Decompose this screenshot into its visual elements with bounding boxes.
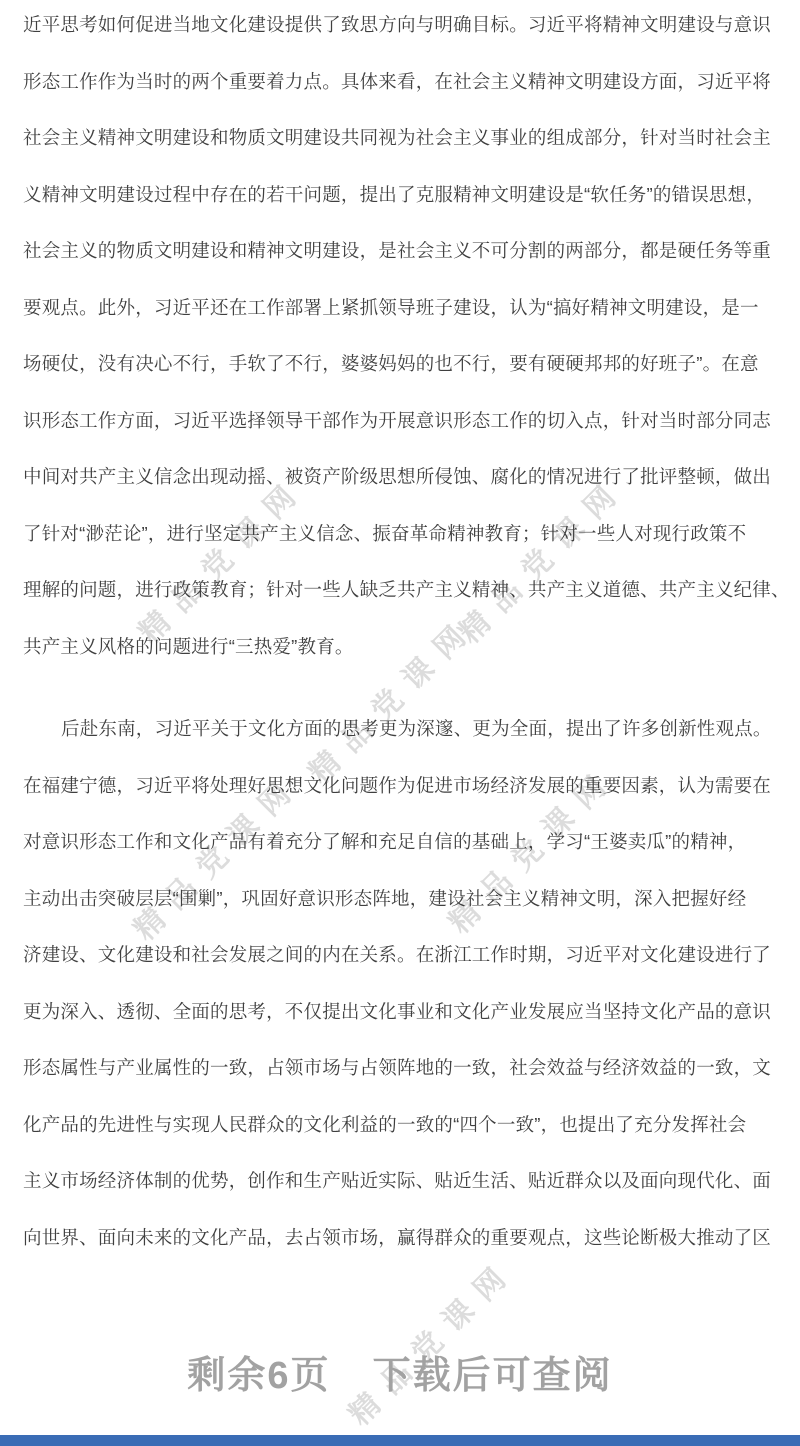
- text-line: 理解的问题，进行政策教育；针对一些人缺乏共产主义精神、共产主义道德、共产主义纪律…: [23, 562, 793, 619]
- document-preview-page: 精品党课网 精品党课网 精品党课网 精品党课网 精品党课网 精品党课网 近平思考…: [0, 0, 800, 1446]
- text-line: 近平思考如何促进当地文化建设提供了致思方向与明确目标。习近平将精神文明建设与意识: [23, 0, 793, 54]
- text-line: 要观点。此外，习近平还在工作部署上紧抓领导班子建设，认为“搞好精神文明建设，是一: [23, 280, 793, 337]
- text-line: 共产主义风格的问题进行“三热爱”教育。: [23, 619, 793, 676]
- download-hint-label: 下载后可查阅: [373, 1355, 613, 1397]
- text-line: 更为深入、透彻、全面的思考，不仅提出文化事业和文化产业发展应当坚持文化产品的意识: [23, 984, 793, 1041]
- text-line: 中间对共产主义信念出现动摇、被资产阶级思想所侵蚀、腐化的情况进行了批评整顿，做出: [23, 449, 793, 506]
- text-line: 形态工作作为当时的两个重要着力点。具体来看，在社会主义精神文明建设方面，习近平将: [23, 54, 793, 111]
- text-line: 对意识形态工作和文化产品有着充分了解和充足自信的基础上，学习“王婆卖瓜”的精神，: [23, 814, 793, 871]
- text-line: 在福建宁德，习近平将处理好思想文化问题作为促进市场经济发展的重要因素，认为需要在: [23, 758, 793, 815]
- text-line: 主义市场经济体制的优势，创作和生产贴近实际、贴近生活、贴近群众以及面向现代化、面: [23, 1153, 793, 1210]
- text-line: 后赴东南，习近平关于文化方面的思考更为深邃、更为全面，提出了许多创新性观点。: [23, 701, 793, 758]
- watermark-text: 精品党课网: [337, 1247, 524, 1434]
- text-line: 场硬仗，没有决心不行，手软了不行，婆婆妈妈的也不行，要有硬硬邦邦的好班子”。在意: [23, 336, 793, 393]
- text-line: 社会主义的物质文明建设和精神文明建设，是社会主义不可分割的两部分，都是硬任务等重: [23, 223, 793, 280]
- text-line: 向世界、面向未来的文化产品，去占领市场，赢得群众的重要观点，这些论断极大推动了区: [23, 1210, 793, 1267]
- text-line: 主动出击突破层层“围剿”，巩固好意识形态阵地，建设社会主义精神文明，深入把握好经: [23, 871, 793, 928]
- paragraph-1: 近平思考如何促进当地文化建设提供了致思方向与明确目标。习近平将精神文明建设与意识…: [23, 0, 793, 675]
- text-line: 识形态工作方面，习近平选择领导干部作为开展意识形态工作的切入点，针对当时部分同志: [23, 393, 793, 450]
- text-line: 义精神文明建设过程中存在的若干问题，提出了克服精神文明建设是“软任务”的错误思想…: [23, 167, 793, 224]
- bottom-bar: [0, 1435, 800, 1446]
- text-line: 化产品的先进性与实现人民群众的文化利益的一致的“四个一致”，也提出了充分发挥社会: [23, 1097, 793, 1154]
- paragraph-2: 后赴东南，习近平关于文化方面的思考更为深邃、更为全面，提出了许多创新性观点。 在…: [23, 701, 793, 1266]
- remaining-pages-label: 剩余6页: [187, 1355, 330, 1397]
- text-line: 济建设、文化建设和社会发展之间的内在关系。在浙江工作时期，习近平对文化建设进行了: [23, 927, 793, 984]
- text-line: 社会主义精神文明建设和物质文明建设共同视为社会主义事业的组成部分，针对当时社会主: [23, 110, 793, 167]
- pages-remaining-notice: 剩余6页下载后可查阅: [0, 1344, 800, 1399]
- text-line: 形态属性与产业属性的一致，占领市场与占领阵地的一致，社会效益与经济效益的一致，文: [23, 1040, 793, 1097]
- text-line: 了针对“渺茫论”，进行坚定共产主义信念、振奋革命精神教育；针对一些人对现行政策不: [23, 506, 793, 563]
